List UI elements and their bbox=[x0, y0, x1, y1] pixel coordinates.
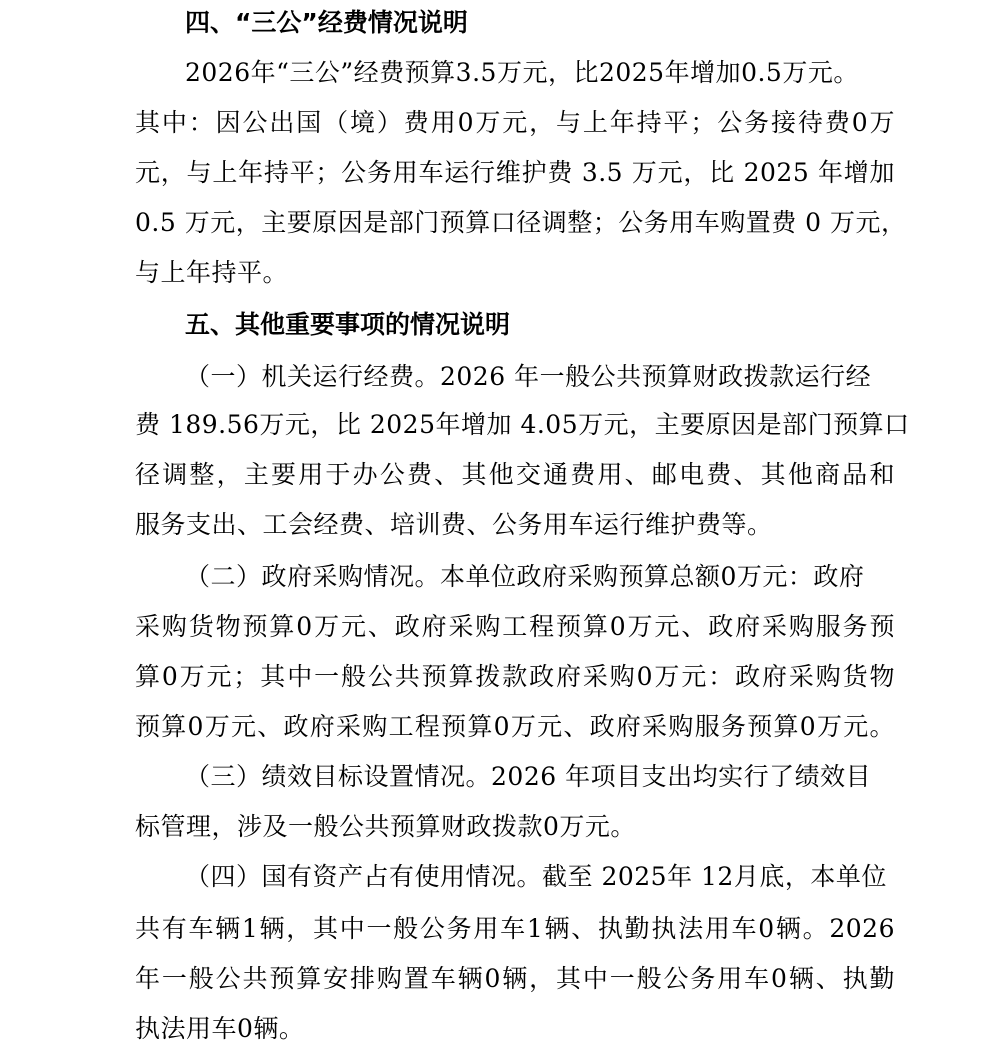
section-heading-other-matters: 五、其他重要事项的情况说明 bbox=[185, 310, 945, 340]
paragraph-line: 年一般公共预算安排购置车辆0辆，其中一般公务用车0辆、执勤 bbox=[135, 964, 895, 994]
paragraph-line: 算0万元；其中一般公共预算拨款政府采购0万元：政府采购货物 bbox=[135, 662, 895, 692]
paragraph-line: 采购货物预算0万元、政府采购工程预算0万元、政府采购服务预 bbox=[135, 612, 895, 642]
paragraph-line: 预算0万元、政府采购工程预算0万元、政府采购服务预算0万元。 bbox=[135, 712, 895, 742]
document-page: 四、“三公”经费情况说明 2026年“三公”经费预算3.5万元，比2025年增加… bbox=[0, 0, 1000, 1051]
paragraph-line: 径调整，主要用于办公费、其他交通费用、邮电费、其他商品和 bbox=[135, 460, 895, 490]
paragraph-line: （二）政府采购情况。本单位政府采购预算总额0万元：政府 bbox=[185, 562, 895, 592]
paragraph-line: 其中：因公出国（境）费用0万元，与上年持平；公务接待费0万 bbox=[135, 108, 895, 138]
paragraph-line: 2026年“三公”经费预算3.5万元，比2025年增加0.5万元。 bbox=[185, 58, 945, 88]
paragraph-line: （三）绩效目标设置情况。2026 年项目支出均实行了绩效目 bbox=[185, 762, 895, 792]
paragraph-line: 服务支出、工会经费、培训费、公务用车运行维护费等。 bbox=[135, 510, 895, 540]
paragraph-line: 共有车辆1辆，其中一般公务用车1辆、执勤执法用车0辆。2026 bbox=[135, 914, 895, 944]
paragraph-line: 费 189.56万元，比 2025年增加 4.05万元，主要原因是部门预算口 bbox=[135, 410, 895, 440]
paragraph-line: 标管理，涉及一般公共预算财政拨款0万元。 bbox=[135, 812, 895, 842]
paragraph-line: 执法用车0辆。 bbox=[135, 1014, 895, 1044]
paragraph-line: 与上年持平。 bbox=[135, 258, 895, 288]
section-heading-sangong: 四、“三公”经费情况说明 bbox=[185, 8, 945, 38]
paragraph-line: 元，与上年持平；公务用车运行维护费 3.5 万元，比 2025 年增加 bbox=[135, 158, 895, 188]
paragraph-line: （四）国有资产占有使用情况。截至 2025年 12月底，本单位 bbox=[185, 862, 895, 892]
paragraph-line: （一）机关运行经费。2026 年一般公共预算财政拨款运行经 bbox=[185, 362, 895, 392]
paragraph-line: 0.5 万元，主要原因是部门预算口径调整；公务用车购置费 0 万元， bbox=[135, 208, 895, 238]
